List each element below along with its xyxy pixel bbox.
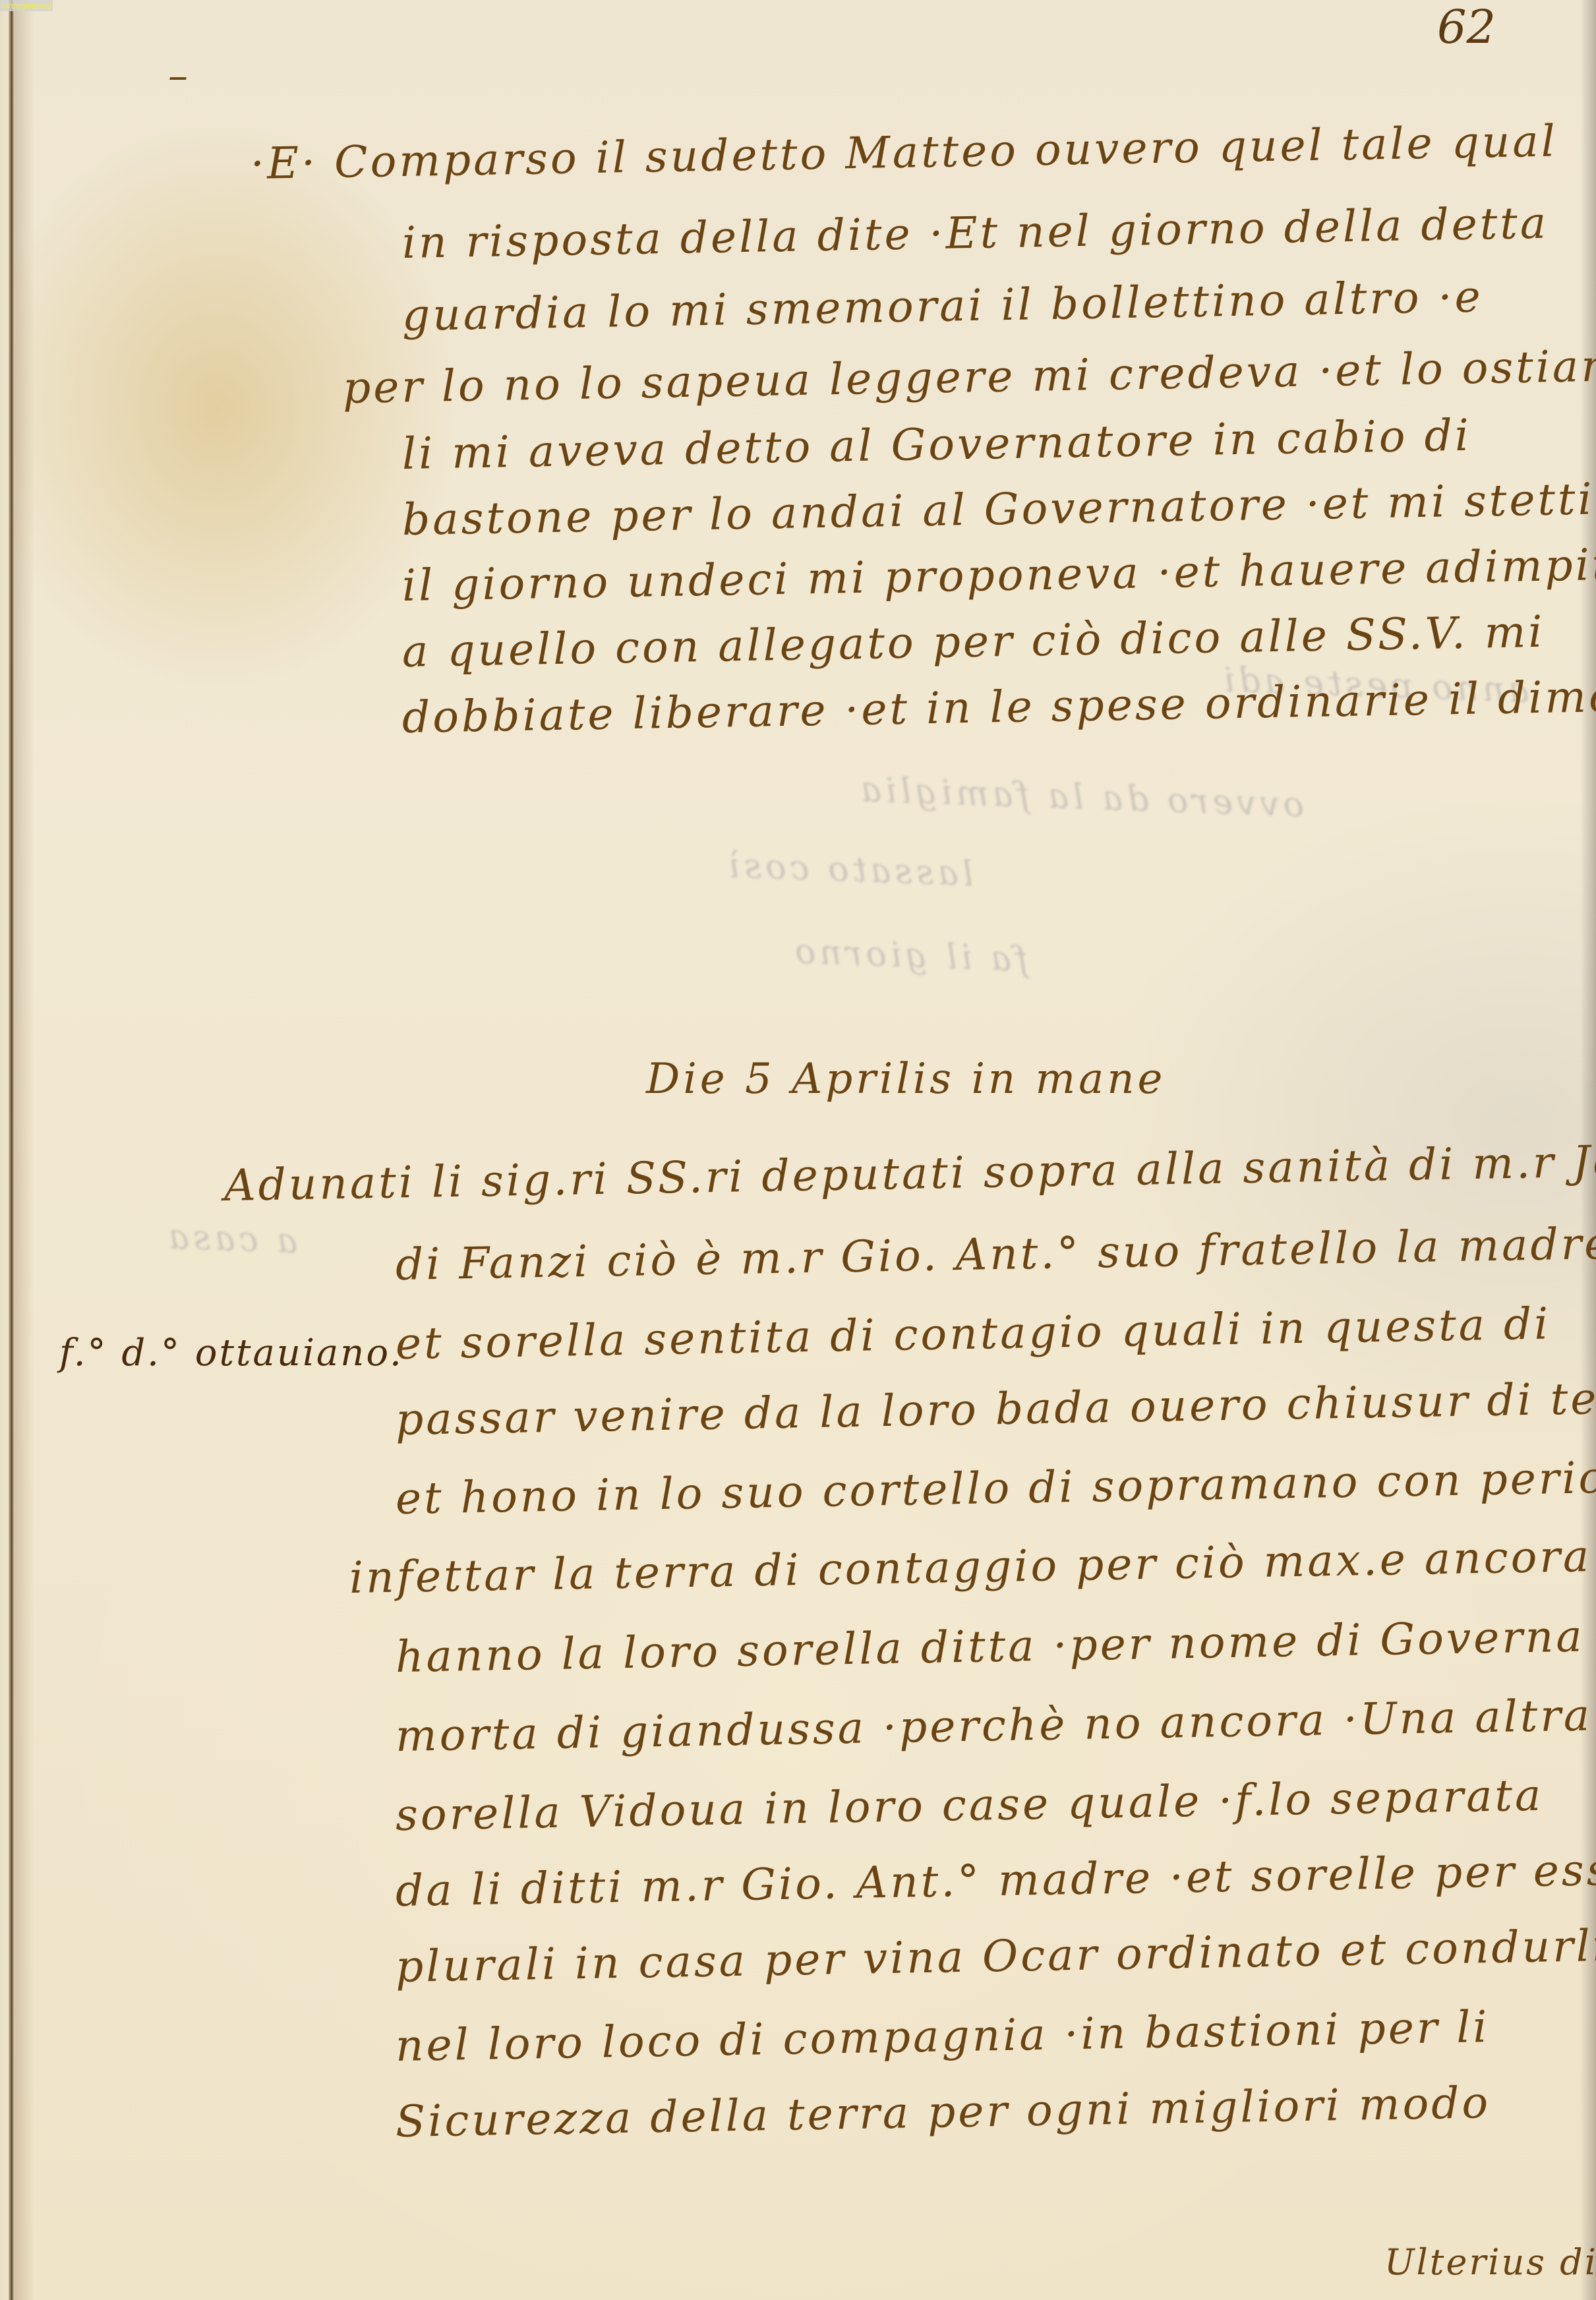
margin-note: f.° d.° ottauiano.: [59, 1332, 403, 1374]
date-heading: Die 5 Aprilis in mane: [646, 1055, 1166, 1104]
entry-2-line: hanno la loro sorella ditta ·per nome di…: [395, 1611, 1585, 1682]
entry-2-line: di Fanzi ciò è m.r Gio. Ant.° suo fratel…: [395, 1218, 1596, 1290]
unregistered-watermark: Unregistered: [0, 0, 53, 11]
entry-2-line: passar venire da la loro bada ouero chiu…: [395, 1372, 1596, 1445]
entry-2-line: Sicurezza della terra per ogni migliori …: [395, 2077, 1491, 2147]
folio-number: 62: [1437, 0, 1496, 54]
entry-1-line: guardia lo mi smemorai il bollettino alt…: [401, 271, 1483, 341]
entry-2-line: sorella Vidoua in loro case quale ·f.lo …: [395, 1770, 1544, 1841]
binding-shadow: [15, 0, 34, 2300]
bleed-through-text: ovvero da la famiglia: [856, 770, 1305, 825]
ink-mark: –: [168, 53, 188, 99]
entry-2-line: Adunati li sig.ri SS.ri deputati sopra a…: [223, 1134, 1596, 1211]
entry-2-line: da li ditti m.r Gio. Ant.° madre ·et sor…: [395, 1843, 1596, 1916]
entry-1-line: ·E· Comparso il sudetto Matteo ouvero qu…: [250, 115, 1558, 189]
catchword: Ulterius dico: [1384, 2241, 1596, 2283]
bleed-through-text: a casa: [164, 1218, 298, 1262]
entry-1-line: li mi aveva detto al Governatore in cabi…: [401, 410, 1471, 479]
entry-2-line: et hono in lo suo cortello di sopramano …: [395, 1450, 1596, 1524]
entry-1-line: dobbiate liberare ·et in le spese ordina…: [401, 668, 1596, 743]
entry-1-line: in risposta della dite ·Et nel giorno de…: [401, 198, 1549, 268]
entry-2-line: plurali in casa per vina Ocar ordinato e…: [395, 1920, 1596, 1992]
book-binding-edge: [0, 0, 15, 2300]
entry-1-line: per lo no lo sapeua leggere mi credeva ·…: [342, 339, 1596, 413]
bleed-through-text: lassato così: [724, 846, 974, 894]
entry-2-line: infettar la terra di contaggio per ciò m…: [349, 1529, 1596, 1603]
entry-1-line: bastone per lo andai al Governatore ·et …: [401, 471, 1596, 545]
entry-1-line: il giorno undeci mi proponeva ·et hauere…: [401, 539, 1596, 611]
entry-2-line: et sorella sentita di contagio quali in …: [395, 1298, 1551, 1369]
bleed-through-text: fa il giorno: [790, 932, 1028, 980]
entry-2-line: nel loro loco di compagnia ·in bastioni …: [395, 2001, 1490, 2071]
manuscript-page: anno peste adi ovvero da la famiglia las…: [0, 0, 1596, 2300]
entry-2-line: morta di giandussa ·perchè no ancora ·Un…: [395, 1690, 1592, 1761]
